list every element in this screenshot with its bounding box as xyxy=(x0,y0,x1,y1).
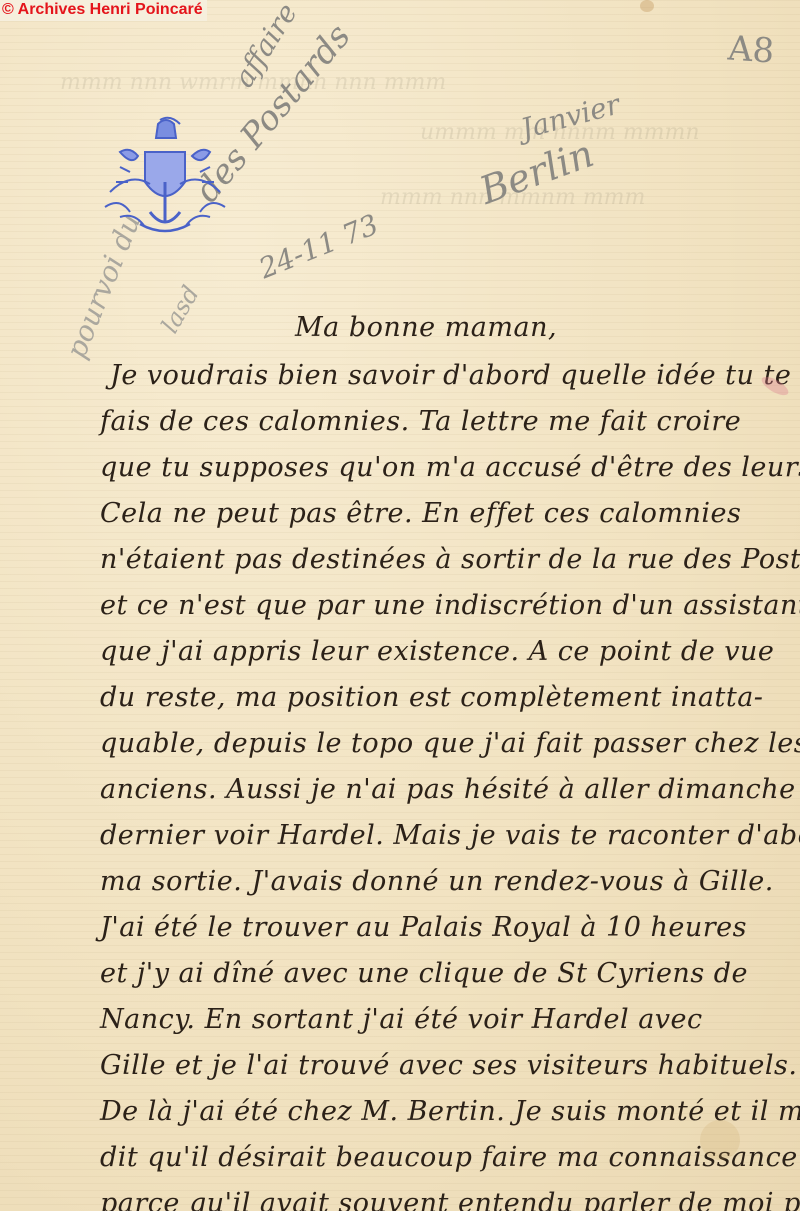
pencil-note-lasd: lasd xyxy=(156,281,205,338)
letter-line: Je voudrais bien savoir d'abord quelle i… xyxy=(110,360,791,391)
letter-line: que tu supposes qu'on m'a accusé d'être … xyxy=(100,452,800,483)
letter-line: Gille et je l'ai trouvé avec ses visiteu… xyxy=(100,1050,797,1081)
paper-stain xyxy=(700,1120,740,1160)
letter-line: anciens. Aussi je n'ai pas hésité à alle… xyxy=(100,774,796,805)
letter-line: De là j'ai été chez M. Bertin. Je suis m… xyxy=(100,1096,800,1127)
letter-line: J'ai été le trouver au Palais Royal à 10… xyxy=(100,912,747,943)
copyright-watermark: © Archives Henri Poincaré xyxy=(0,0,207,21)
pencil-note-date-2: 24-11 73 xyxy=(254,208,382,286)
letter-line: et j'y ai dîné avec une clique de St Cyr… xyxy=(100,958,748,989)
paper-stain xyxy=(640,0,654,12)
letter-line: du reste, ma position est complètement i… xyxy=(100,682,763,713)
letter-line: parce qu'il avait souvent entendu parler… xyxy=(100,1188,800,1211)
letter-line: Cela ne peut pas être. En effet ces calo… xyxy=(100,498,741,529)
letter-line: n'étaient pas destinées à sortir de la r… xyxy=(100,544,800,575)
salutation: Ma bonne maman, xyxy=(295,312,557,343)
letter-line: que j'ai appris leur existence. A ce poi… xyxy=(100,636,774,667)
letter-line: quable, depuis le topo que j'ai fait pas… xyxy=(100,728,800,759)
archive-reference: A8 xyxy=(727,28,776,71)
letter-line: Nancy. En sortant j'ai été voir Hardel a… xyxy=(100,1004,703,1035)
letter-line: ma sortie. J'avais donné un rendez-vous … xyxy=(100,866,774,897)
letter-line: dit qu'il désirait beaucoup faire ma con… xyxy=(100,1142,798,1173)
letter-line: fais de ces calomnies. Ta lettre me fait… xyxy=(100,406,741,437)
crest-emblem-icon xyxy=(100,112,230,242)
letter-line: et ce n'est que par une indiscrétion d'u… xyxy=(100,590,800,621)
letter-line: dernier voir Hardel. Mais je vais te rac… xyxy=(100,820,800,851)
